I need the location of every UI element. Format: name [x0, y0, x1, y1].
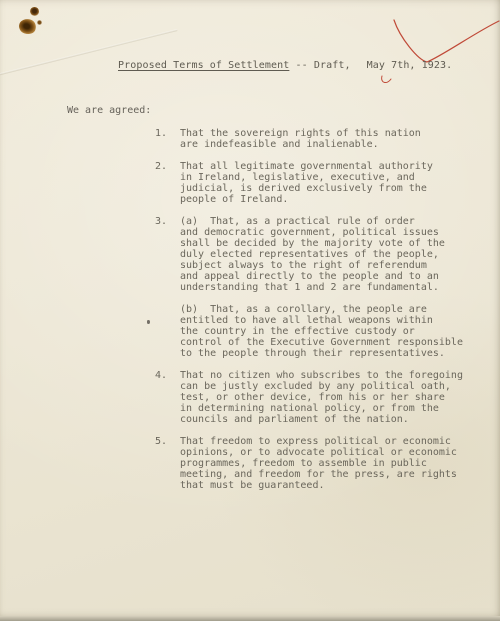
- item-number: 3.: [155, 216, 180, 359]
- item-body: That all legitimate governmental authori…: [180, 161, 467, 205]
- rust-stain: [17, 17, 38, 37]
- ink-dot-mark: [147, 320, 150, 324]
- item-paragraph: That no citizen who subscribes to the fo…: [180, 370, 467, 425]
- item-paragraph: (b) That, as a corollary, the people are…: [180, 304, 467, 359]
- term-item: 5. That freedom to express political or …: [155, 436, 467, 491]
- salutation-line: We are agreed:: [67, 105, 151, 116]
- title-draft-label: -- Draft,: [289, 60, 350, 71]
- item-body: (a) That, as a practical rule of order a…: [180, 216, 467, 359]
- item-paragraph: That all legitimate governmental authori…: [180, 161, 467, 205]
- rust-stain: [37, 20, 42, 25]
- document-title: Proposed Terms of Settlement -- Draft,Ma…: [118, 60, 452, 71]
- term-item: 2. That all legitimate governmental auth…: [155, 161, 467, 205]
- item-body: That the sovereign rights of this nation…: [180, 128, 467, 150]
- item-number: 2.: [155, 161, 180, 205]
- item-paragraph: (a) That, as a practical rule of order a…: [180, 216, 467, 293]
- term-item: 4. That no citizen who subscribes to the…: [155, 370, 467, 425]
- item-body: That no citizen who subscribes to the fo…: [180, 370, 467, 425]
- rust-stain: [25, 37, 36, 47]
- scanned-document-page: Proposed Terms of Settlement -- Draft,Ma…: [0, 0, 500, 621]
- item-number: 4.: [155, 370, 180, 425]
- title-date: May 7th, 1923.: [367, 60, 453, 71]
- terms-list: 1. That the sovereign rights of this nat…: [155, 128, 467, 502]
- paper-bottom-edge: [0, 616, 500, 621]
- item-body: That freedom to express political or eco…: [180, 436, 467, 491]
- title-underlined-text: Proposed Terms of Settlement: [118, 60, 289, 71]
- term-item: 1. That the sovereign rights of this nat…: [155, 128, 467, 150]
- item-number: 5.: [155, 436, 180, 491]
- red-pen-mark: [370, 6, 500, 90]
- term-item: 3. (a) That, as a practical rule of orde…: [155, 216, 467, 359]
- item-paragraph: That freedom to express political or eco…: [180, 436, 467, 491]
- item-paragraph: That the sovereign rights of this nation…: [180, 128, 467, 150]
- item-number: 1.: [155, 128, 180, 150]
- rust-stain: [30, 7, 39, 16]
